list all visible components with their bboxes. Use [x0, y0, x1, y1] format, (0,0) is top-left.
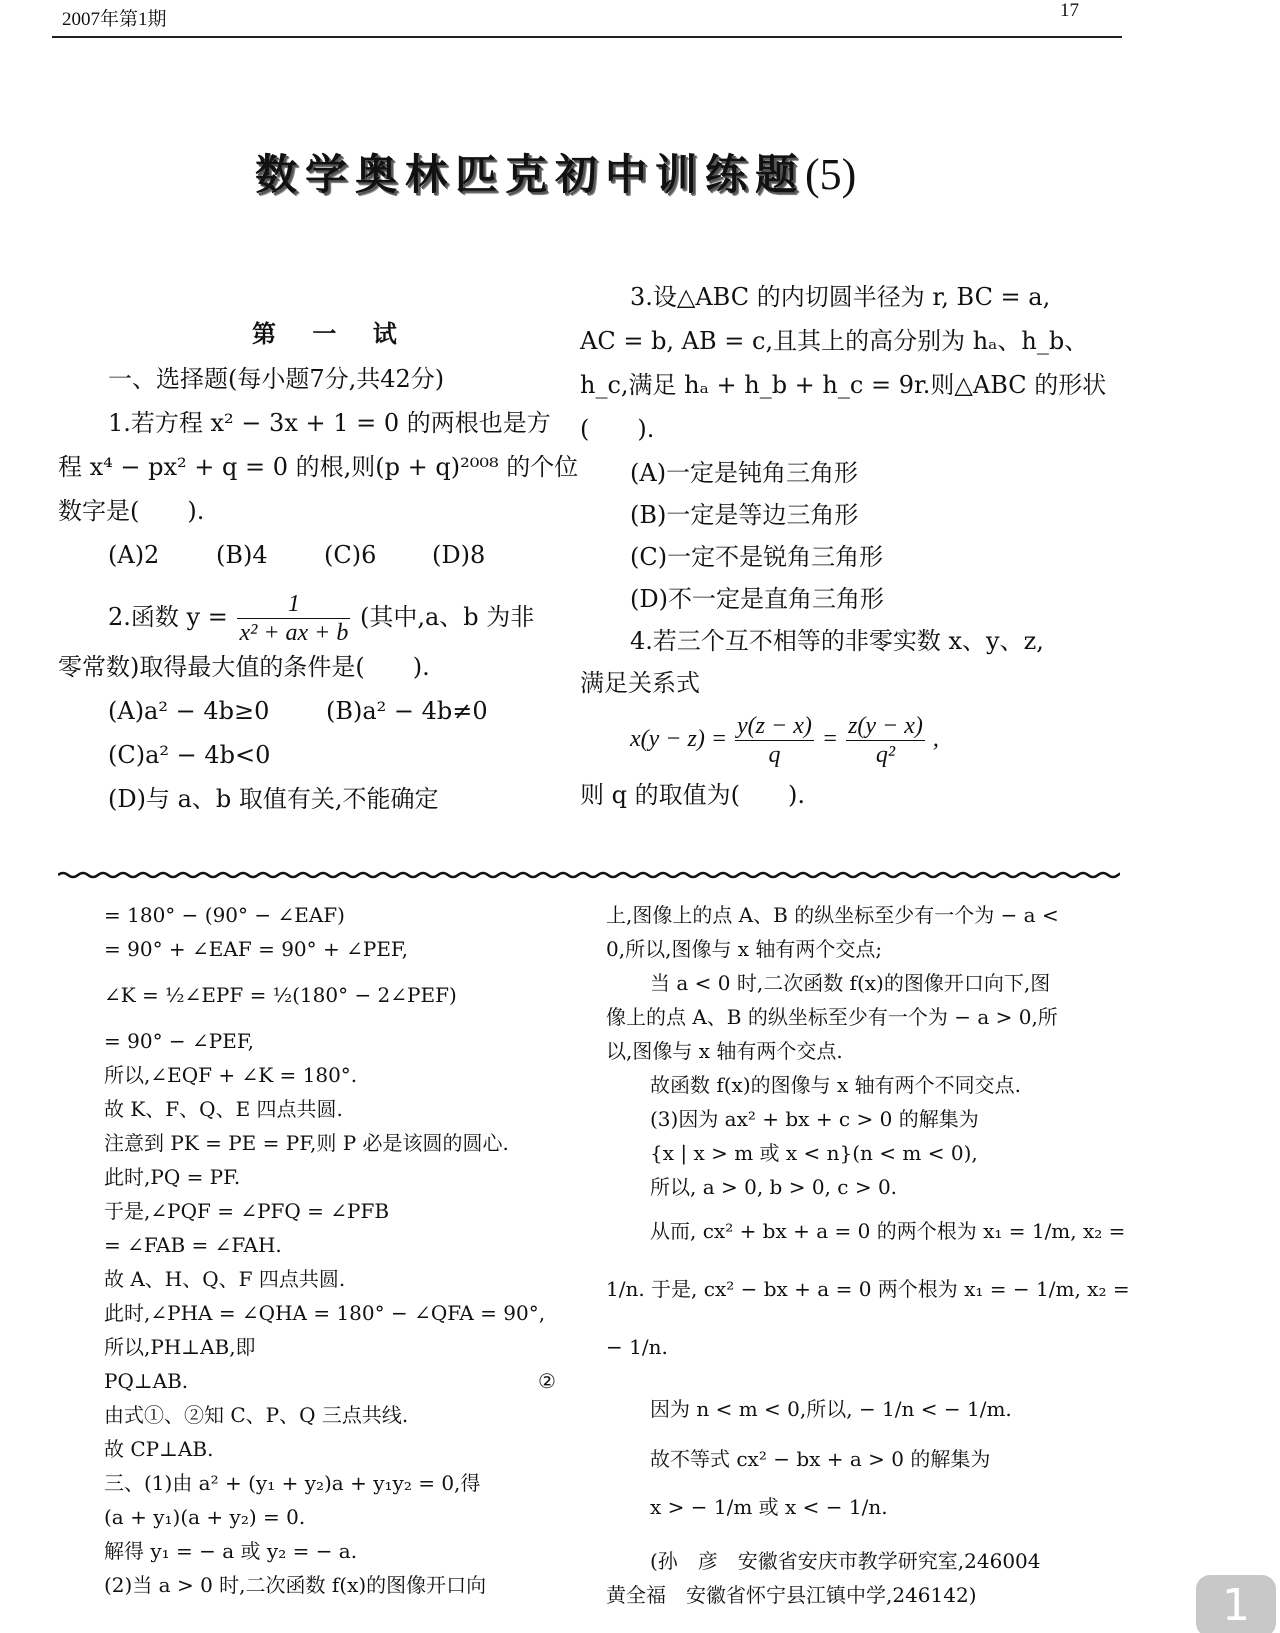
wavy-divider [58, 870, 1120, 880]
solution-line: PQ⊥AB. [104, 1368, 188, 1394]
solution-line: = 90° + ∠EAF = 90° + ∠PEF, [104, 936, 408, 962]
solution-line: 从而, cx² + bx + a = 0 的两个根为 x₁ = 1/m, x₂ … [650, 1218, 1125, 1244]
article-title: 数学奥林匹克初中训练题(5) [255, 142, 856, 202]
q1-option-b: (B)4 [216, 540, 268, 570]
page-number: 17 [1060, 0, 1079, 22]
q4-line1: 4.若三个互不相等的非零实数 x、y、z, [630, 626, 1044, 656]
q4-eq-left: x(y − z) = [630, 726, 727, 752]
article-title-number: (5) [805, 150, 856, 199]
solution-line: ∠K = ½∠EPF = ½(180° − 2∠PEF) [104, 982, 457, 1008]
solution-line: = 90° − ∠PEF, [104, 1028, 254, 1054]
q2-fraction: 1 x² + ax + b [237, 592, 350, 645]
solution-line: 注意到 PK = PE = PF,则 P 必是该圆的圆心. [104, 1130, 509, 1156]
q4-line2: 满足关系式 [580, 668, 700, 698]
solution-line: 由式①、②知 C、P、Q 三点共线. [104, 1402, 408, 1428]
issue-label: 2007年第1期 [62, 4, 167, 31]
q3-line3: h_c,满足 hₐ + h_b + h_c = 9r.则△ABC 的形状 [580, 370, 1106, 400]
solution-line: 于是,∠PQF = ∠PFQ = ∠PFB [104, 1198, 389, 1224]
author-affiliation-1: (孙 彦 安徽省安庆市教学研究室,246004 [650, 1548, 1041, 1574]
solution-line: = 180° − (90° − ∠EAF) [104, 902, 345, 928]
solution-line: (2)当 a > 0 时,二次函数 f(x)的图像开口向 [104, 1572, 486, 1598]
solution-line: 故 CP⊥AB. [104, 1436, 213, 1462]
q3-line2: AC = b, AB = c,且其上的高分别为 hₐ、h_b、 [580, 326, 1088, 356]
solution-line: 上,图像上的点 A、B 的纵坐标至少有一个为 − a < [606, 902, 1059, 928]
solution-line: 0,所以,图像与 x 轴有两个交点; [606, 936, 882, 962]
q2-line1: 2.函数 y = 1 x² + ax + b (其中,a、b 为非 [108, 592, 534, 645]
q2-option-b: (B)a² − 4b≠0 [326, 696, 488, 726]
q4-fraction-1: y(z − x) q [735, 714, 814, 767]
solution-line: 故 A、H、Q、F 四点共圆. [104, 1266, 345, 1292]
solution-line: {x | x > m 或 x < n}(n < m < 0), [650, 1140, 978, 1166]
q1-option-a: (A)2 [108, 540, 159, 570]
page-indicator-badge[interactable]: 1 [1196, 1575, 1276, 1633]
q3-option-c: (C)一定不是锐角三角形 [630, 542, 883, 572]
solution-line: 故不等式 cx² − bx + a > 0 的解集为 [650, 1446, 990, 1472]
q4-frac1-den: q [735, 741, 814, 767]
equation-marker-2: ② [538, 1368, 556, 1394]
q2-prefix: 2.函数 y = [108, 603, 228, 631]
solution-line: 三、(1)由 a² + (y₁ + y₂)a + y₁y₂ = 0,得 [104, 1470, 480, 1496]
solution-line: 故 K、F、Q、E 四点共圆. [104, 1096, 343, 1122]
solution-line: 像上的点 A、B 的纵坐标至少有一个为 − a > 0,所 [606, 1004, 1058, 1030]
q3-option-a: (A)一定是钝角三角形 [630, 458, 858, 488]
header-rule [52, 36, 1122, 38]
author-affiliation-2: 黄全福 安徽省怀宁县江镇中学,246142) [606, 1582, 977, 1608]
q2-option-a: (A)a² − 4b≥0 [108, 696, 269, 726]
q4-eq-equals: = [822, 726, 838, 752]
part1-heading: 一、选择题(每小题7分,共42分) [108, 364, 444, 394]
q1-line3: 数字是( ). [58, 496, 204, 526]
q3-line1: 3.设△ABC 的内切圆半径为 r, BC = a, [630, 282, 1050, 312]
solution-line: 此时,∠PHA = ∠QHA = 180° − ∠QFA = 90°, [104, 1300, 545, 1326]
solution-line: 1/n. 于是, cx² − bx + a = 0 两个根为 x₁ = − 1/… [606, 1276, 1130, 1302]
solution-line: 当 a < 0 时,二次函数 f(x)的图像开口向下,图 [650, 970, 1050, 996]
solution-line: 所以, a > 0, b > 0, c > 0. [650, 1174, 897, 1200]
solution-line: x > − 1/m 或 x < − 1/n. [650, 1494, 888, 1520]
q1-option-c: (C)6 [324, 540, 376, 570]
solution-line: 此时,PQ = PF. [104, 1164, 240, 1190]
q4-frac2-den: q² [846, 741, 925, 767]
q1-line1: 1.若方程 x² − 3x + 1 = 0 的两根也是方 [108, 408, 551, 438]
q1-line2: 程 x⁴ − px² + q = 0 的根,则(p + q)²⁰⁰⁸ 的个位 [58, 452, 578, 482]
q2-suffix: (其中,a、b 为非 [360, 603, 534, 631]
q3-option-b: (B)一定是等边三角形 [630, 500, 858, 530]
article-title-text: 数学奥林匹克初中训练题 [255, 150, 805, 199]
solution-line: 所以,∠EQF + ∠K = 180°. [104, 1062, 357, 1088]
q2-line2: 零常数)取得最大值的条件是( ). [58, 652, 430, 682]
q4-eq-tail: , [933, 726, 939, 752]
q2-frac-den: x² + ax + b [237, 619, 350, 645]
section-title: 第 一 试 [252, 314, 411, 349]
solution-line: 解得 y₁ = − a 或 y₂ = − a. [104, 1538, 357, 1564]
q4-line4: 则 q 的取值为( ). [580, 780, 805, 810]
q1-option-d: (D)8 [432, 540, 485, 570]
q3-option-d: (D)不一定是直角三角形 [630, 584, 884, 614]
q2-frac-num: 1 [237, 592, 350, 619]
q2-option-c: (C)a² − 4b<0 [108, 740, 270, 770]
q2-option-d: (D)与 a、b 取值有关,不能确定 [108, 784, 439, 814]
q4-equation: x(y − z) = y(z − x) q = z(y − x) q² , [630, 714, 939, 767]
q3-line4: ( ). [580, 414, 654, 444]
q4-fraction-2: z(y − x) q² [846, 714, 925, 767]
solution-line: (3)因为 ax² + bx + c > 0 的解集为 [650, 1106, 979, 1132]
solution-line: = ∠FAB = ∠FAH. [104, 1232, 282, 1258]
solution-line: − 1/n. [606, 1334, 668, 1360]
q4-frac1-num: y(z − x) [735, 714, 814, 741]
solution-line: (a + y₁)(a + y₂) = 0. [104, 1504, 305, 1530]
solution-line: 故函数 f(x)的图像与 x 轴有两个不同交点. [650, 1072, 1021, 1098]
solution-line: 因为 n < m < 0,所以, − 1/n < − 1/m. [650, 1396, 1012, 1422]
solution-line: 所以,PH⊥AB,即 [104, 1334, 256, 1360]
solution-line: 以,图像与 x 轴有两个交点. [606, 1038, 843, 1064]
q4-frac2-num: z(y − x) [846, 714, 925, 741]
